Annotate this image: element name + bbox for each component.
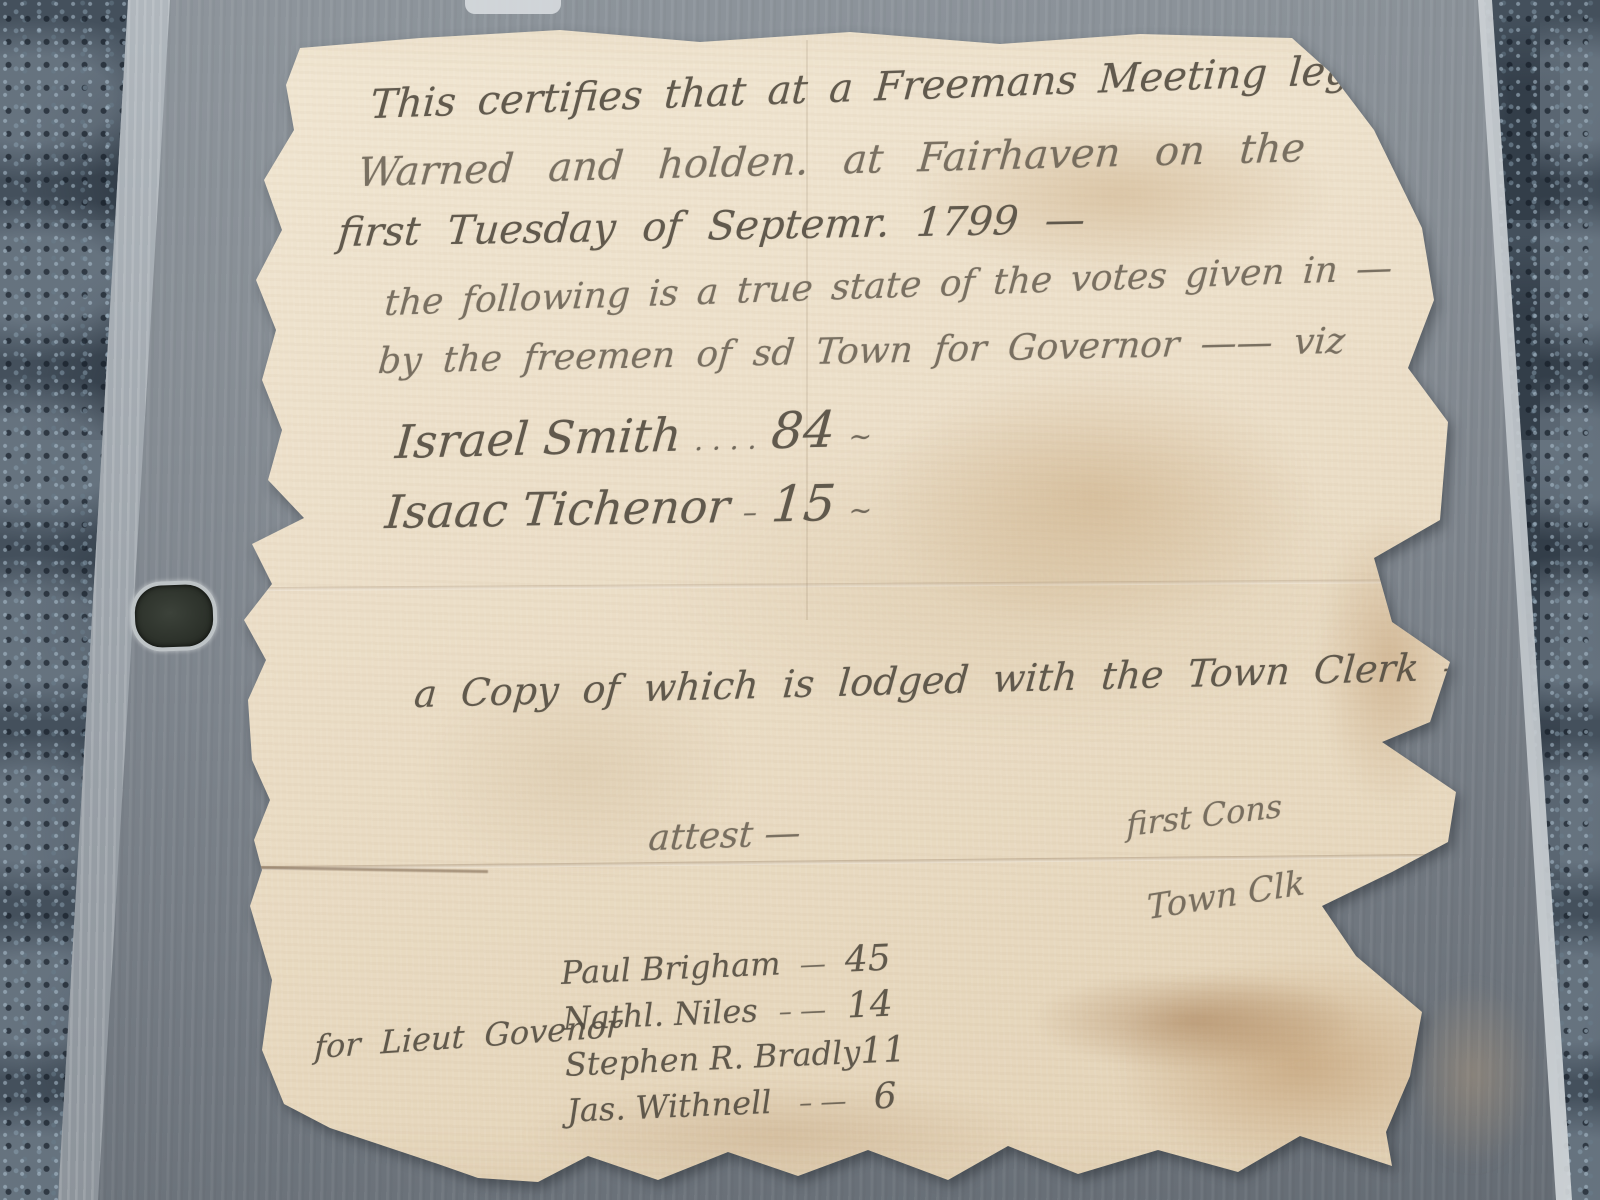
vote-count: 6 (873, 1075, 898, 1117)
line-certifies: This certifies that at a Freemans Meetin… (369, 45, 1425, 128)
stain-bottom-squiggle (1030, 970, 1360, 1070)
lt-governor-vote-list: Paul Brigham — 45 Nathl. Niles – — 14 St… (560, 938, 898, 1136)
town-clerk-signature: Town Clk (1146, 863, 1306, 928)
dot-leader: – (742, 496, 759, 529)
vote-count: 45 (844, 938, 892, 981)
candidate-name: Isaac Tichenor (383, 479, 732, 539)
vote-count: 14 (846, 984, 894, 1027)
dash-leader: – — (757, 995, 847, 1029)
first-cons-note: first Cons (1126, 787, 1282, 844)
vote-count: 84 (769, 400, 837, 460)
dash-leader: – — (771, 1085, 875, 1119)
candidate-name: Israel Smith (394, 408, 684, 470)
vote-count: 15 (769, 474, 838, 533)
attest-label: attest — (647, 813, 802, 859)
governor-vote-row: Isaac Tichenor – 15 ~ (383, 473, 889, 540)
photo-scene: This certifies that at a Freemans Meetin… (0, 0, 1600, 1200)
line-following: the following is a true state of the vot… (383, 248, 1393, 324)
vote-count: 11 (859, 1029, 907, 1072)
candidate-name: Nathl. Niles (562, 991, 758, 1037)
dot-leader: . . . . (693, 423, 758, 458)
line-freemen: by the freemen of sd Town for Governor —… (377, 321, 1347, 382)
paper-shadow-wrapper: This certifies that at a Freemans Meetin… (0, 0, 1600, 1200)
flourish: ~ (847, 494, 873, 527)
fold-crease-vertical (806, 40, 808, 620)
binder-punch-hole (130, 580, 218, 653)
candidate-name: Jas. Withnell (566, 1083, 772, 1130)
manuscript-paper: This certifies that at a Freemans Meetin… (0, 0, 1600, 1200)
candidate-name: Paul Brigham (560, 944, 781, 992)
flourish: ~ (847, 420, 873, 454)
dash-leader: — (780, 949, 846, 982)
